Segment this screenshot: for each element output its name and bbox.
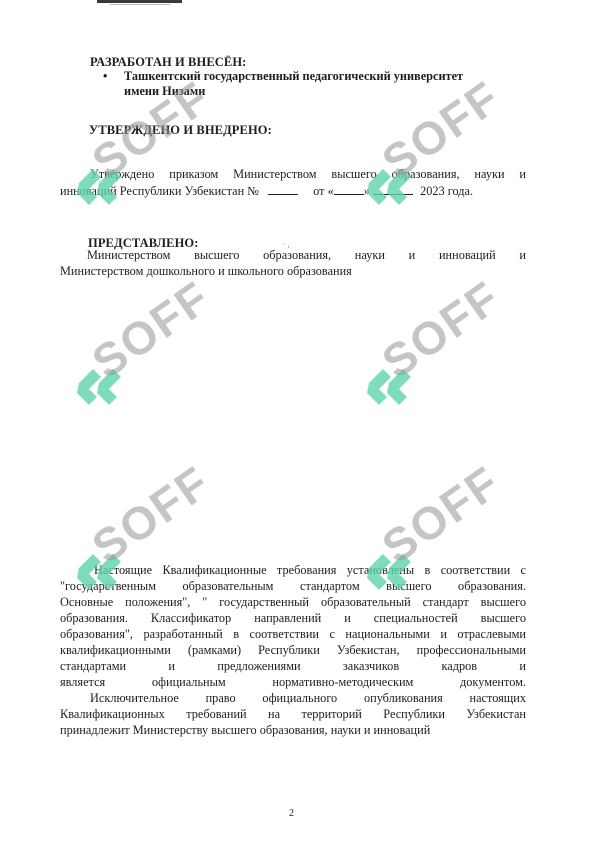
developed-heading: РАЗРАБОТАН И ВНЕСЁН: <box>90 55 246 70</box>
body-line: Основные положения", " государственный о… <box>60 595 526 611</box>
approval-order-label: инноваций Республики Узбекистан № <box>60 184 259 198</box>
date-prefix: от « <box>313 184 334 198</box>
body-line: образования. Классификатор направлений и… <box>60 611 526 627</box>
day-blank <box>334 183 364 195</box>
order-number-blank <box>268 183 298 195</box>
date-quote: » <box>364 184 370 198</box>
developer-name-line1: Ташкентский государственный педагогическ… <box>124 69 534 84</box>
body-line: "государственным образовательным стандар… <box>60 579 526 595</box>
approved-heading: УТВЕРЖДЕНО И ВНЕДРЕНО: <box>89 123 272 138</box>
document-page: РАЗРАБОТАН И ВНЕСЁН: • Ташкентский госуд… <box>0 0 595 842</box>
approved-line-2: инноваций Республики Узбекистан № от «» … <box>60 183 530 200</box>
body-line: квалификационными (рамками) Республики У… <box>60 643 526 659</box>
presented-line-2: Министерством дошкольного и школьного об… <box>60 264 526 280</box>
body-line: стандартами и предложениями заказчиков к… <box>60 659 526 675</box>
month-blank <box>373 183 413 195</box>
developer-name-line2: имени Низами <box>124 84 534 99</box>
body-line: Настоящие Квалификационные требования ус… <box>64 563 526 579</box>
bullet: • <box>103 69 107 84</box>
body-line: образования", разработанный в соответств… <box>60 627 526 643</box>
page-number: 2 <box>289 808 294 819</box>
presented-line-1: Министерством высшего образования, науки… <box>60 248 526 264</box>
body-line: является официальным нормативно-методиче… <box>60 675 526 691</box>
rights-line: Квалификационных требований на территори… <box>60 707 526 723</box>
approval-year: 2023 года. <box>420 184 473 198</box>
rights-line: Исключительное право официального опубли… <box>60 691 526 707</box>
rights-line: принадлежит Министерству высшего образов… <box>60 723 526 739</box>
approved-line-1: Утверждено приказом Министерством высшег… <box>60 167 526 183</box>
